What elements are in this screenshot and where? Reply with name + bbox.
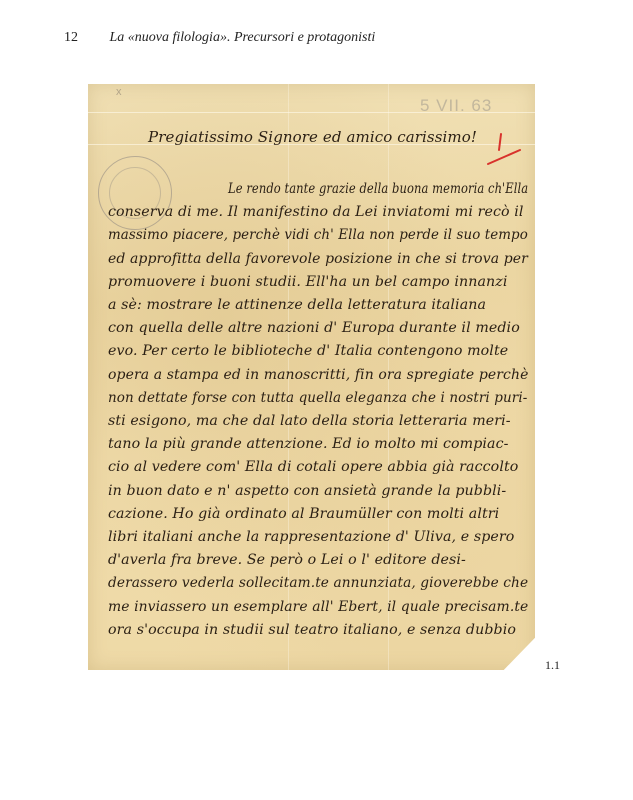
letter-line: promuovere i buoni studii. Ell'ha un bel… — [108, 274, 507, 290]
letter-line: conserva di me. Il manifestino da Lei in… — [108, 204, 524, 220]
pencil-mark: x — [116, 86, 122, 98]
running-title: La «nuova filologia». Precursori e prota… — [110, 30, 376, 45]
red-folio-mark-icon — [484, 128, 524, 168]
letter-line: in buon dato e n' aspetto con ansietà gr… — [108, 483, 506, 499]
page-number: 12 — [64, 30, 106, 46]
letter-line: ed approfitta della favorevole posizione… — [108, 251, 528, 267]
letter-line: cazione. Ho già ordinato al Braumüller c… — [108, 506, 499, 522]
letter-line: a sè: mostrare le attinenze della letter… — [108, 297, 486, 313]
letter-line: cio al vedere com' Ella di cotali opere … — [108, 459, 518, 475]
salutation: Pregiatissimo Signore ed amico carissimo… — [148, 128, 477, 146]
letter-line: evo. Per certo le biblioteche d' Italia … — [108, 343, 508, 359]
letter-line: massimo piacere, perchè vidi ch' Ella no… — [108, 227, 528, 243]
letter-line: con quella delle altre nazioni d' Europa… — [108, 320, 520, 336]
letter-line: opera a stampa ed in manoscritti, fin or… — [108, 367, 528, 383]
figure-caption: 1.1 — [545, 658, 560, 673]
letter-line: me inviassero un esemplare all' Ebert, i… — [108, 599, 528, 615]
letter-line: ora s'occupa in studii sul teatro italia… — [108, 622, 516, 638]
letter-line: sti esigono, ma che dal lato della stori… — [108, 413, 511, 429]
letter-facsimile: x 5 VII. 63 Pregiatissimo Signore ed ami… — [88, 84, 535, 670]
letter-line: non dettate forse con tutta quella elega… — [108, 390, 527, 406]
letter-line: d'averla fra breve. Se però o Lei o l' e… — [108, 552, 466, 568]
letter-line: libri italiani anche la rappresentazione… — [108, 529, 514, 545]
letter-line: tano la più grande attenzione. Ed io mol… — [108, 436, 509, 452]
archive-date-stamp: 5 VII. 63 — [420, 96, 492, 116]
running-head: 12 La «nuova filologia». Precursori e pr… — [64, 30, 375, 46]
letter-line: derassero vederla sollecitam.te annunzia… — [108, 575, 528, 591]
letter-line: Le rendo tante grazie della buona memori… — [228, 181, 528, 197]
